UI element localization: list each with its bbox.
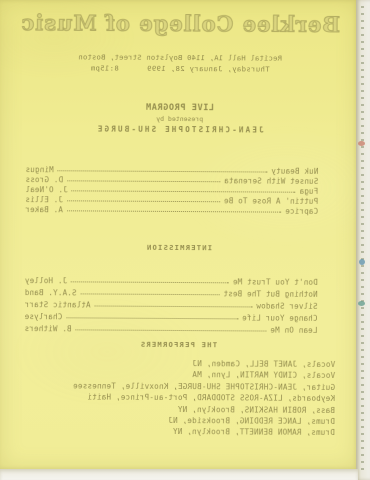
piece-title: Puttin' A Rose To Be: [224, 197, 318, 206]
time-text: 8:15pm: [90, 63, 118, 72]
composer-name: Atlantic Starr: [25, 301, 91, 310]
dot-leader: [67, 180, 220, 182]
scanned-program-page: Berklee College of Music Recital Hall 1A…: [0, 0, 370, 480]
dot-leader: [58, 170, 268, 172]
program-row: Caprice A. Baker: [25, 204, 318, 216]
piece-title: Don't You Trust Me: [233, 278, 318, 287]
dot-leader: [67, 200, 220, 202]
piece-title: Silver Shadow: [256, 302, 317, 311]
masthead-logo: Berklee College of Music: [1, 12, 359, 35]
program-row: Silver Shadow Atlantic Starr: [25, 297, 318, 311]
dot-leader: [71, 281, 229, 283]
piece-title: Nothing But The Best: [223, 290, 317, 299]
composer-name: Mingus: [25, 166, 53, 175]
edge-dot-blue: [359, 259, 365, 265]
performers-list: Vocals, JANET BELL, Camden, NJ Vocals, C…: [9, 359, 335, 441]
intermission-heading: INTERMISSION: [0, 243, 358, 252]
edge-dot-pink: [358, 141, 365, 146]
dot-leader: [76, 329, 267, 331]
dot-leader: [81, 293, 220, 295]
piece-title: Nuk Beauty: [271, 167, 318, 176]
dot-leader: [67, 210, 281, 212]
mirrored-content: Berklee College of Music Recital Hall 1A…: [0, 0, 359, 470]
composer-name: J. Holley: [25, 277, 68, 286]
composer-name: B. Withers: [24, 325, 71, 334]
piece-title: Lean On Me: [270, 326, 317, 335]
dot-leader: [66, 317, 238, 319]
date-text: Thursday, January 28, 1999: [147, 64, 270, 74]
dot-leader: [95, 305, 253, 307]
program-list-second-half: Don't You Trust Me J. Holley Nothing But…: [0, 273, 358, 335]
artist-name: JEAN-CHRISTOPHE SHU-BURGE: [1, 125, 359, 135]
piece-title: Sunset With Serenata: [224, 177, 318, 186]
program-row: Nothing But The Best S.A.Y. Band: [25, 285, 318, 299]
composer-name: D. Gross: [25, 176, 63, 185]
performer-line: Drums, RAMON BENNETT, Brooklyn, NY: [9, 427, 335, 440]
page-bottom-edge: [0, 469, 358, 480]
presented-by-label: presented by: [1, 115, 359, 124]
perforation-dots: [361, 6, 364, 472]
date-line: Thursday, January 28, 19998:15pm: [1, 64, 359, 73]
program-title: LIVE PROGRAM: [1, 103, 359, 114]
venue-line: Recital Hall 1A, 1140 Boylston Street, B…: [1, 53, 359, 62]
composer-name: S.A.Y. Band: [25, 289, 77, 298]
composer-name: J. O'Neal: [25, 186, 68, 195]
composer-name: Charlyse: [24, 313, 62, 322]
program-row: Lean On Me B. Withers: [24, 321, 317, 335]
composer-name: A. Baker: [25, 206, 63, 215]
edge-dot-teal: [358, 301, 365, 306]
performers-heading: THE PERFORMERS: [0, 340, 357, 349]
composer-name: J. Ellis: [25, 196, 63, 205]
yellow-paper: Berklee College of Music Recital Hall 1A…: [0, 0, 358, 469]
program-list-first-half: Nuk Beauty Mingus Sunset With Serenata D…: [0, 164, 358, 216]
piece-title: Change Your Life: [242, 314, 318, 323]
piece-title: Fuga: [299, 187, 318, 196]
piece-title: Caprice: [285, 207, 318, 216]
dot-leader: [72, 190, 296, 192]
perforated-edge: [356, 0, 370, 480]
